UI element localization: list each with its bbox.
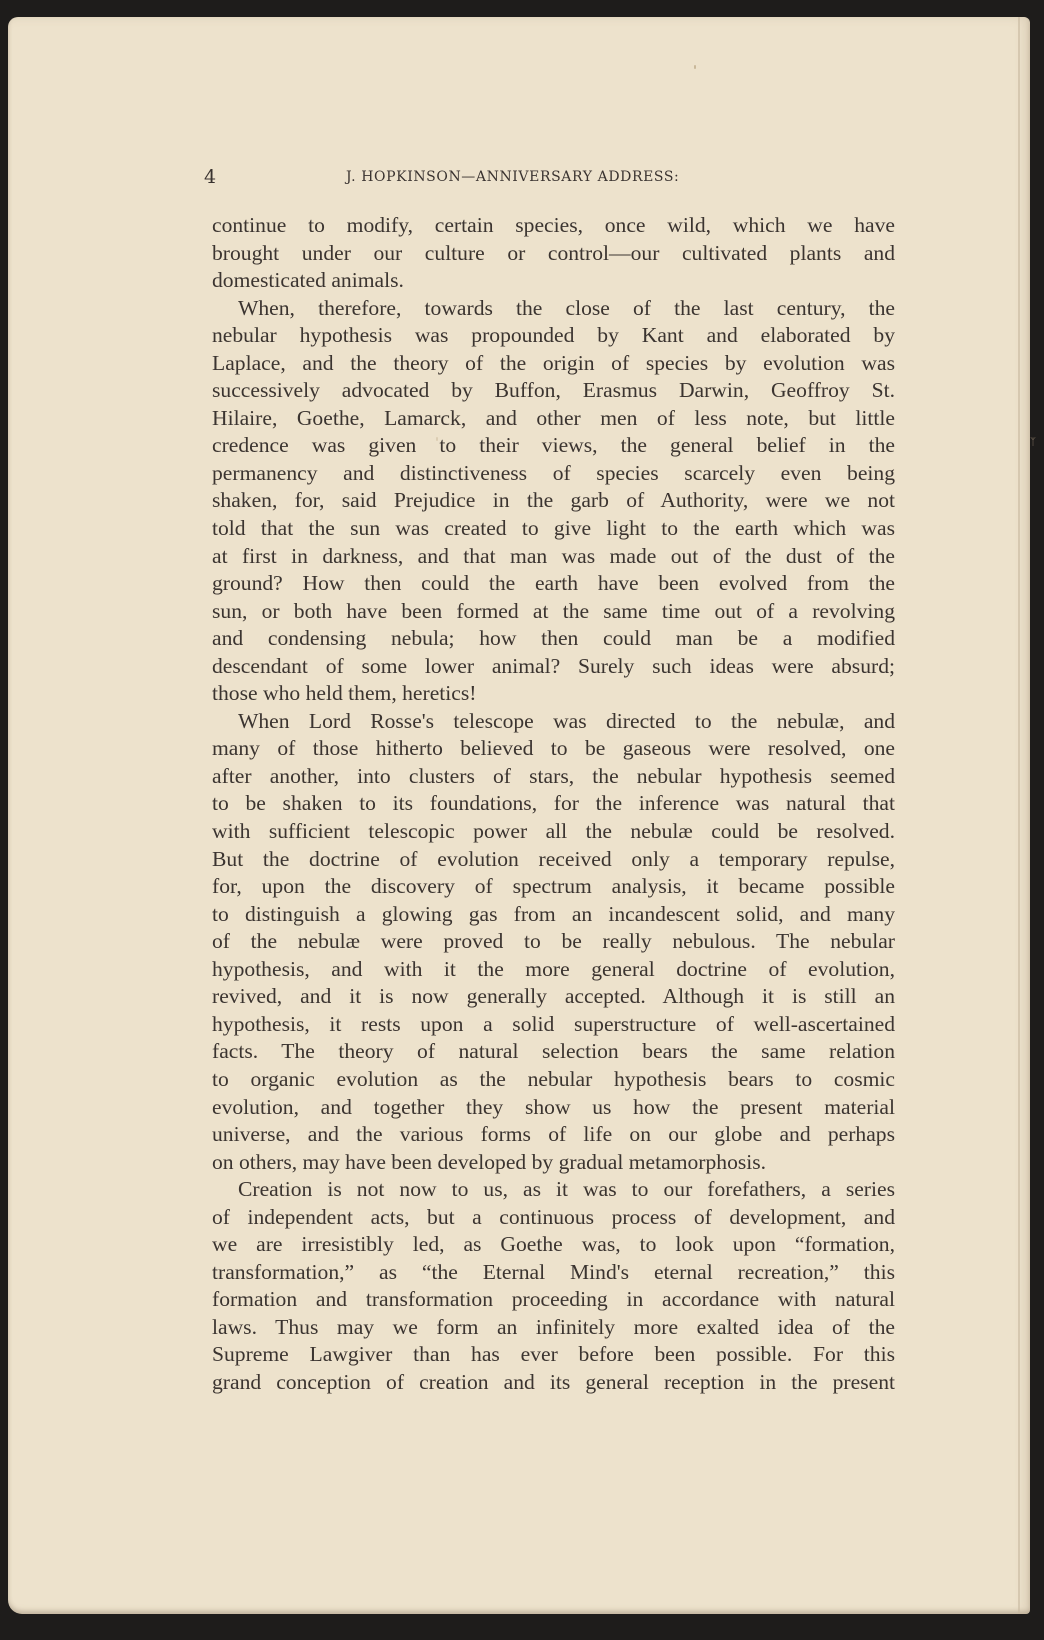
text-line: to be shaken to its foundations, for the… (212, 790, 895, 818)
text-line: after another, into clusters of stars, t… (212, 763, 895, 791)
body-text: continue to modify, certain species, onc… (212, 212, 895, 1397)
text-line: shaken, for, said Prejudice in the garb … (212, 487, 895, 515)
text-line: laws. Thus may we form an infinitely mor… (212, 1314, 895, 1342)
text-line: formation and transformation proceeding … (212, 1286, 895, 1314)
text-line: Laplace, and the theory of the origin of… (212, 350, 895, 378)
text-line: grand conception of creation and its gen… (212, 1369, 895, 1397)
text-line: Hilaire, Goethe, Lamarck, and other men … (212, 405, 895, 433)
text-line: on others, may have been developed by gr… (212, 1149, 895, 1177)
paragraph: When, therefore, towards the close of th… (212, 295, 895, 708)
text-line: facts. The theory of natural selection b… (212, 1038, 895, 1066)
text-line: universe, and the various forms of life … (212, 1121, 895, 1149)
text-line: domesticated animals. (212, 267, 895, 295)
text-line: at first in darkness, and that man was m… (212, 543, 895, 571)
text-line: told that the sun was created to give li… (212, 515, 895, 543)
running-head: J. HOPKINSON—ANNIVERSARY ADDRESS: (346, 169, 679, 185)
text-line: sun, or both have been formed at the sam… (212, 598, 895, 626)
paragraph: When Lord Rosse's telescope was directed… (212, 708, 895, 1176)
text-line: we are irresistibly led, as Goethe was, … (212, 1231, 895, 1259)
text-line: of independent acts, but a continuous pr… (212, 1204, 895, 1232)
text-line: nebular hypothesis was propounded by Kan… (212, 322, 895, 350)
text-line: of the nebulæ were proved to be really n… (212, 928, 895, 956)
page-number: 4 (204, 166, 216, 188)
text-line: Creation is not now to us, as it was to … (212, 1176, 895, 1204)
paragraph: Creation is not now to us, as it was to … (212, 1176, 895, 1396)
text-line: to distinguish a glowing gas from an inc… (212, 901, 895, 929)
text-line: many of those hitherto believed to be ga… (212, 735, 895, 763)
text-line: successively advocated by Buffon, Erasmu… (212, 377, 895, 405)
page-header: 4 J. HOPKINSON—ANNIVERSARY ADDRESS: (204, 166, 894, 190)
scanned-page-view: 4 J. HOPKINSON—ANNIVERSARY ADDRESS: cont… (0, 0, 1044, 1640)
paragraph: continue to modify, certain species, onc… (212, 212, 895, 295)
text-line: hypothesis, and with it the more general… (212, 956, 895, 984)
text-line: When, therefore, towards the close of th… (212, 295, 895, 323)
text-line: credence was given to their views, the g… (212, 432, 895, 460)
text-line: Supreme Lawgiver than has ever before be… (212, 1341, 895, 1369)
text-line: revived, and it is now generally accepte… (212, 983, 895, 1011)
text-line: evolution, and together they show us how… (212, 1094, 895, 1122)
text-line: brought under our culture or control—our… (212, 240, 895, 268)
page-edge-shadow (1018, 17, 1020, 1614)
text-line: descendant of some lower animal? Surely … (212, 653, 895, 681)
text-line: with sufficient telescopic power all the… (212, 818, 895, 846)
text-line: those who held them, heretics! (212, 680, 895, 708)
text-line: permanency and distinctiveness of specie… (212, 460, 895, 488)
text-line: But the doctrine of evolution received o… (212, 846, 895, 874)
text-line: for, upon the discovery of spectrum anal… (212, 873, 895, 901)
text-line: hypothesis, it rests upon a solid supers… (212, 1011, 895, 1039)
text-line: to organic evolution as the nebular hypo… (212, 1066, 895, 1094)
margin-mark-icon: ᛉ (1030, 437, 1038, 449)
text-line: When Lord Rosse's telescope was directed… (212, 708, 895, 736)
text-line: transformation,” as “the Eternal Mind's … (212, 1259, 895, 1287)
text-line: ground? How then could the earth have be… (212, 570, 895, 598)
paper-speck (694, 65, 696, 69)
text-line: continue to modify, certain species, onc… (212, 212, 895, 240)
text-line: and condensing nebula; how then could ma… (212, 625, 895, 653)
